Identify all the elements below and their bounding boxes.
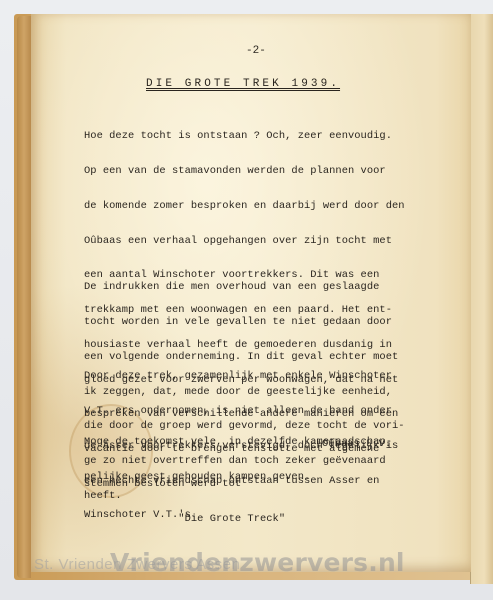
signature: Oûbaas L.V. <box>322 439 391 451</box>
paragraph-4: Moge de toekomst vele, in dezelfde kamer… <box>84 414 392 507</box>
text-line: Winschoter V.T.'s. <box>84 510 398 522</box>
document-title: DIE GROTE TREK 1939. <box>146 79 340 91</box>
text-line: pelijke geest gehouden kampen geven. <box>84 472 392 484</box>
text-line: De indrukken die men overhoud van een ge… <box>84 282 405 294</box>
page-content: -2- DIE GROTE TREK 1939. Hoe deze tocht … <box>84 0 424 151</box>
text-line: Door deze trek, gezamenlijk met enkele W… <box>84 371 398 383</box>
page-stack-edge <box>470 14 493 584</box>
page-number: -2- <box>246 46 266 58</box>
text-line: Oûbaas een verhaal opgehangen over zijn … <box>84 236 405 248</box>
text-line: Hoe deze tocht is ontstaan ? Och, zeer e… <box>84 131 405 143</box>
text-line: Op een van de stamavonden werden de plan… <box>84 166 405 178</box>
text-line: de komende zomer besproken en daarbij we… <box>84 201 405 213</box>
watermark-website: Vriendenzwervers.nl <box>110 548 405 577</box>
booklet-spine <box>17 16 31 578</box>
text-line: tocht worden in vele gevallen te niet ge… <box>84 317 405 329</box>
